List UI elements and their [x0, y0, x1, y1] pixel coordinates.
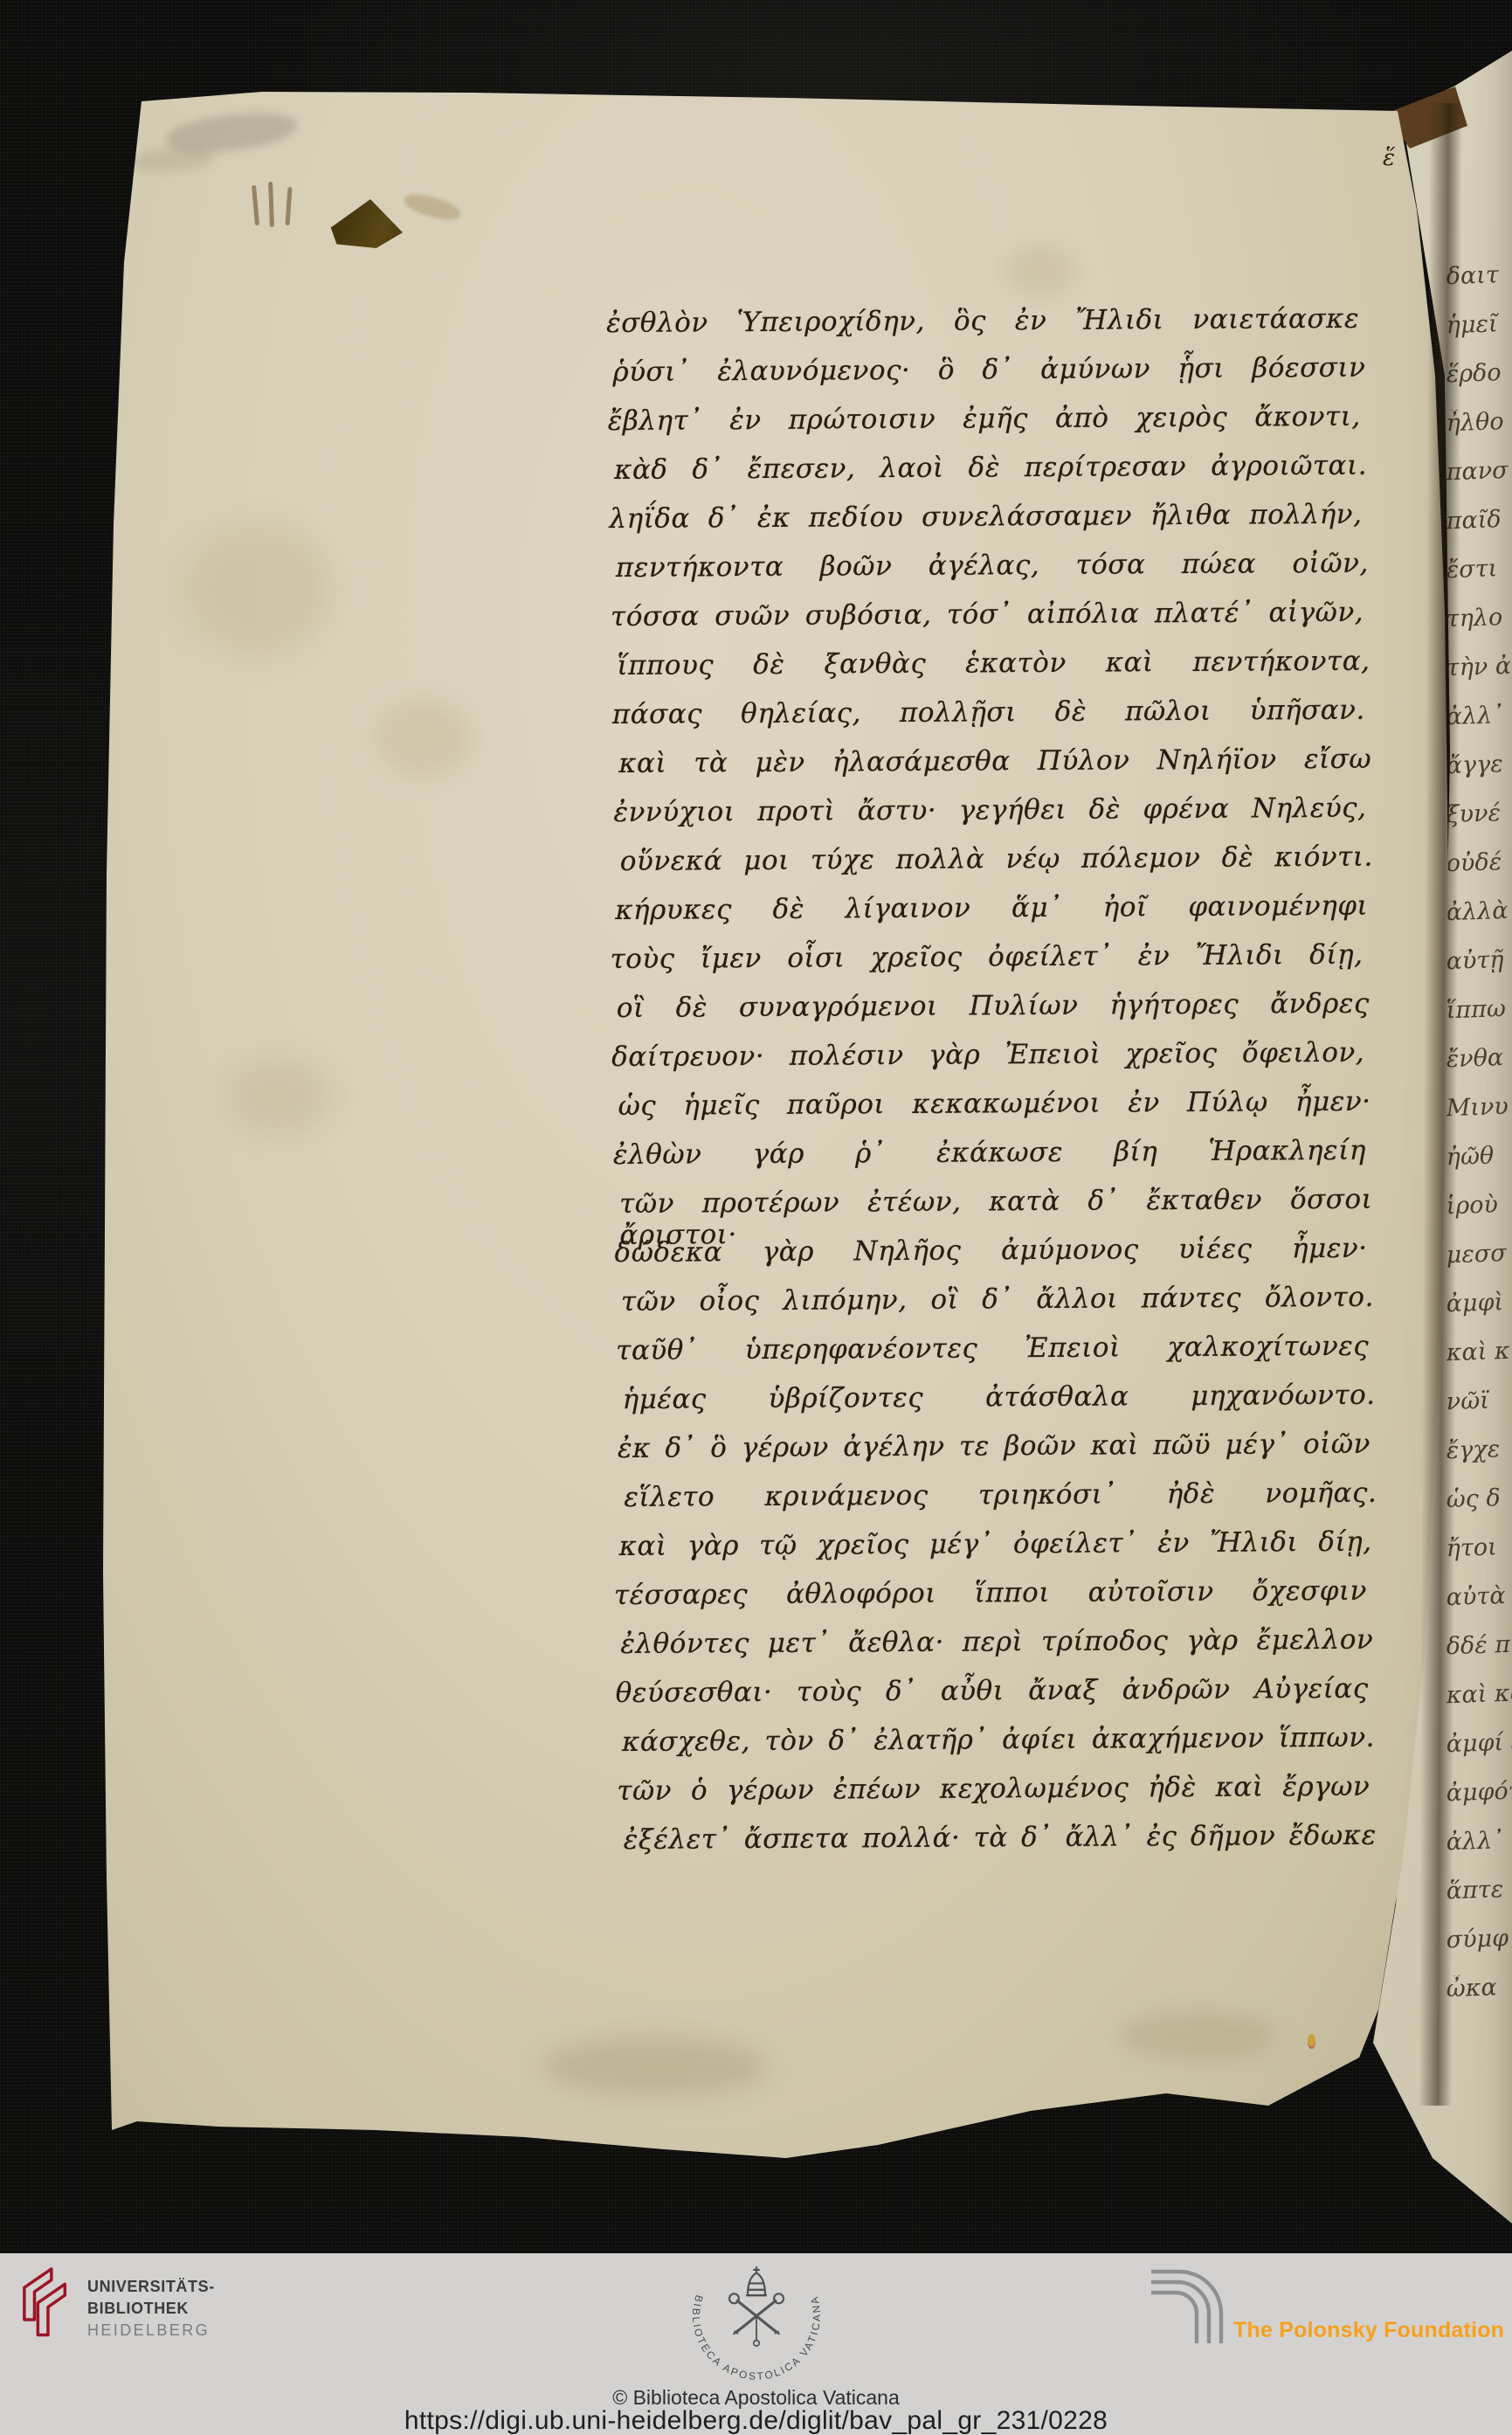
facing-page-text-fragment: ὦκα — [1446, 1974, 1512, 2016]
manuscript-line: ἐννύχιοι προτὶ ἄστυ· γεγήθει δὲ φρένα Νη… — [613, 792, 1366, 847]
manuscript-line: ὡς ἡμεῖς παῦροι κεκακωμένοι ἐν Πύλῳ ἦμεν… — [618, 1086, 1370, 1140]
ub-logo-book-shape — [38, 2284, 65, 2335]
manuscript-line: τέσσαρες ἀθλοφόροι ἵπποι αὐτοῖσιν ὄχεσφι… — [614, 1575, 1367, 1629]
facing-page-text-fragment: ἔγχε — [1446, 1435, 1512, 1478]
manuscript-line: οἳ δὲ συναγρόμενοι Πυλίων ἡγήτορες ἄνδρε… — [617, 988, 1370, 1042]
credits-footer: UNIVERSITÄTS- BIBLIOTHEK HEIDELBERG BIBL… — [0, 2253, 1512, 2435]
manuscript-line: ἐλθὼν γάρ ῥ᾽ ἐκάκωσε βίη Ἡρακληείη — [613, 1135, 1366, 1189]
vatican-library-seal: BIBLIOTECA APOSTOLICA VATICANA — [673, 2260, 840, 2388]
manuscript-line: τῶν ὁ γέρων ἐπέων κεχολωμένος ἠδὲ καὶ ἔρ… — [617, 1771, 1370, 1825]
ub-heidelberg-wordmark: UNIVERSITÄTS- BIBLIOTHEK HEIDELBERG — [87, 2276, 215, 2342]
manuscript-line: τοὺς ἴμεν οἷσι χρεῖος ὀφείλετ᾽ ἐν Ἤλιδι … — [610, 939, 1363, 993]
manuscript-line: ἐκ δ᾽ ὃ γέρων ἀγέλην τε βοῶν καὶ πῶϋ μέγ… — [618, 1428, 1370, 1483]
manuscript-line: πάσας θηλείας, πολλῇσι δὲ πῶλοι ὑπῆσαν. — [612, 695, 1365, 749]
manuscript-line: κὰδ δ᾽ ἔπεσεν, λαοὶ δὲ περίτρεσαν ἀγροιῶ… — [614, 450, 1367, 504]
crossed-keys-icon — [729, 2293, 784, 2346]
facing-page-text-fragment: ἅπτε — [1446, 1876, 1512, 1919]
facing-page-text-fragment: σύμφ — [1446, 1925, 1512, 1968]
facing-page-text-fragment: αὐτὰ — [1446, 1582, 1512, 1625]
ub-heidelberg-logo-icon — [17, 2267, 77, 2348]
ub-wordmark-line: UNIVERSITÄTS- — [87, 2276, 215, 2298]
facing-page-text-fragment: νῶϊ — [1446, 1387, 1512, 1429]
manuscript-line: δώδεκα γὰρ Νηλῆος ἀμύμονος υἱέες ἦμεν· — [614, 1233, 1367, 1287]
polonsky-foundation-logo-icon — [1150, 2266, 1237, 2346]
manuscript-line: οὕνεκά μοι τύχε πολλὰ νέῳ πόλεμον δὲ κιό… — [620, 841, 1373, 896]
manuscript-line: ἔβλητ᾽ ἐν πρώτοισιν ἐμῆς ἀπὸ χειρὸς ἄκον… — [608, 401, 1361, 455]
manuscript-line: τόσσα συῶν συβόσια, τόσ᾽ αἰπόλια πλατέ᾽ … — [611, 597, 1364, 651]
facing-page-text-fragment: ἀμφότ — [1446, 1778, 1512, 1821]
facing-page-text-fragment: δδέ π — [1446, 1631, 1512, 1674]
polonsky-foundation-label: The Polonsky Foundation — [1233, 2318, 1504, 2343]
manuscript-line: πεντήκοντα βοῶν ἀγέλας, τόσα πώεα οἰῶν, — [616, 548, 1369, 602]
facing-page-text-fragment: ὡς δ — [1446, 1484, 1512, 1527]
manuscript-line: ἐξέλετ᾽ ἄσπετα πολλά· τὰ δ᾽ ἄλλ᾽ ἐς δῆμο… — [624, 1820, 1377, 1874]
ub-wordmark-line: BIBLIOTHEK — [87, 2298, 215, 2320]
manuscript-line: δαίτρευον· πολέσιν γὰρ Ἐπειοὶ χρεῖος ὄφε… — [611, 1037, 1364, 1091]
manuscript-page: ἕ ἐσθλὸν Ὑπειροχίδην, ὃς ἐν Ἤλιδι ναιετά… — [0, 0, 1512, 2253]
persistent-url: https://digi.ub.uni-heidelberg.de/diglit… — [0, 2406, 1512, 2435]
manuscript-line: θεύσεσθαι· τοὺς δ᾽ αὖθι ἄναξ ἀνδρῶν Αὐγε… — [616, 1673, 1369, 1727]
manuscript-line: ἐλθόντες μετ᾽ ἄεθλα· περὶ τρίποδος γὰρ ἔ… — [620, 1624, 1373, 1678]
manuscript-line: κάσχεθε, τὸν δ᾽ ἐλατῆρ᾽ ἀφίει ἀκαχήμενον… — [622, 1722, 1375, 1776]
manuscript-line: ῥύσι᾽ ἐλαυνόμενος· ὃ δ᾽ ἀμύνων ᾗσι βόεσσ… — [612, 352, 1365, 406]
facing-page-text-fragment: ἀλλ᾽ ὁ — [1446, 1827, 1512, 1870]
manuscript-line: ἡμέας ὑβρίζοντες ἀτάσθαλα μηχανόωντο. — [622, 1380, 1375, 1434]
manuscript-line: ληΐδα δ᾽ ἐκ πεδίου συνελάσσαμεν ἤλιθα πο… — [609, 499, 1362, 553]
manuscript-line: ἐσθλὸν Ὑπειροχίδην, ὃς ἐν Ἤλιδι ναιετάασ… — [606, 303, 1359, 357]
manuscript-line: καὶ τὰ μὲν ἠλασάμεσθα Πύλον Νηλήϊον εἴσω — [618, 744, 1371, 798]
manuscript-line: τῶν οἶος λιπόμην, οἳ δ᾽ ἄλλοι πάντες ὄλο… — [621, 1282, 1374, 1336]
manuscript-line: κήρυκες δὲ λίγαινον ἅμ᾽ ἠοῖ φαινομένηφι — [615, 890, 1368, 944]
greek-text-block: ἐσθλὸν Ὑπειροχίδην, ὃς ἐν Ἤλιδι ναιετάασ… — [0, 0, 1512, 2257]
manuscript-line: τῶν προτέρων ἐτέων, κατὰ δ᾽ ἔκταθεν ὅσσο… — [619, 1184, 1372, 1238]
digitized-scan-viewport: δαιτἡμεῖἕρδοἦλθοπανσπαῖδἔστιτηλοτὴν ἀἀλλ… — [0, 0, 1512, 2435]
facing-page-text-fragment: καὶ κα — [1446, 1680, 1512, 1723]
polonsky-curve — [1151, 2293, 1197, 2343]
ub-wordmark-line: HEIDELBERG — [87, 2320, 215, 2342]
manuscript-line: ταῦθ᾽ ὑπερηφανέοντες Ἐπειοὶ χαλκοχίτωνες — [616, 1331, 1369, 1385]
manuscript-line: καὶ γὰρ τῷ χρεῖος μέγ᾽ ὀφείλετ᾽ ἐν Ἤλιδι… — [619, 1526, 1372, 1581]
facing-page-text-fragment: ἀμφί ε — [1446, 1729, 1512, 1772]
facing-page-text-fragment: ἤτοι — [1446, 1533, 1512, 1576]
manuscript-line: εἵλετο κρινάμενος τριηκόσι᾽ ἠδὲ νομῆας. — [624, 1477, 1377, 1532]
facing-page-text-fragment: καὶ κ — [1446, 1338, 1512, 1380]
papal-tiara-icon — [746, 2266, 767, 2295]
manuscript-line: ἵππους δὲ ξανθὰς ἑκατὸν καὶ πεντήκοντα, — [617, 646, 1370, 700]
